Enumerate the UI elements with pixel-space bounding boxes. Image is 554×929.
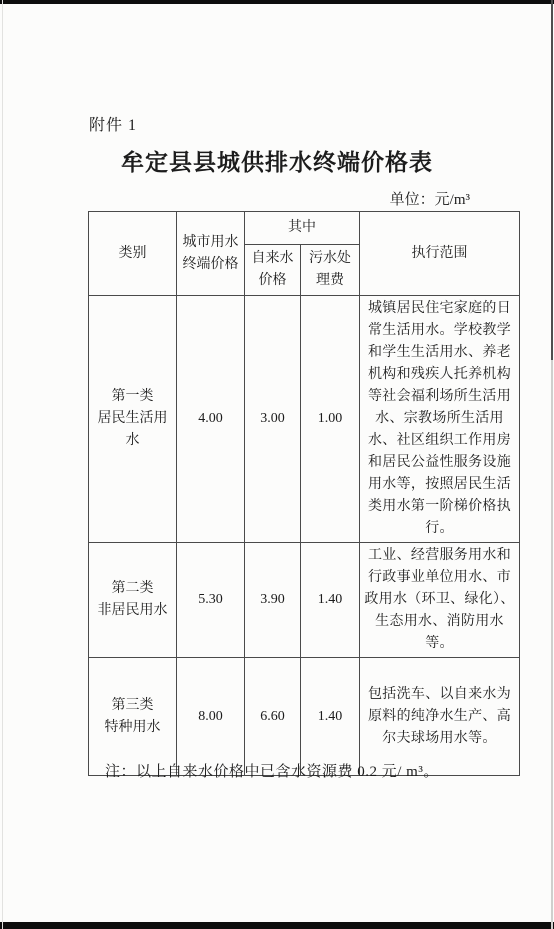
row1-category: 第一类 居民生活用 水	[89, 296, 177, 543]
header-category: 类别	[89, 212, 177, 296]
header-sewage-fee: 污水处 理费	[301, 245, 360, 296]
scan-edge-left	[2, 0, 3, 929]
row3-terminal-price: 8.00	[177, 658, 245, 776]
table-row-category-1: 第一类 居民生活用 水 4.00 3.00 1.00 城镇居民住宅家庭的日常生活…	[89, 296, 520, 543]
header-row-top: 类别 城市用水 终端价格 其中 执行范围	[89, 212, 520, 245]
row2-terminal-price: 5.30	[177, 543, 245, 658]
table-row-category-2: 第二类 非居民用水 5.30 3.90 1.40 工业、经营服务用水和行政事业单…	[89, 543, 520, 658]
row2-category: 第二类 非居民用水	[89, 543, 177, 658]
header-terminal-price: 城市用水 终端价格	[177, 212, 245, 296]
row1-scope: 城镇居民住宅家庭的日常生活用水。学校教学和学生生活用水、养老机构和残疾人托养机构…	[360, 296, 520, 543]
row2-sewage-fee: 1.40	[301, 543, 360, 658]
row3-tap-water-price: 6.60	[245, 658, 301, 776]
row3-category: 第三类 特种用水	[89, 658, 177, 776]
row1-sewage-fee: 1.00	[301, 296, 360, 543]
header-scope: 执行范围	[360, 212, 520, 296]
scanned-document-page: 附件 1 牟定县县城供排水终端价格表 单位：元/m³ 类别 城市用水 终端价格 …	[0, 0, 554, 929]
header-among-which: 其中	[245, 212, 360, 245]
unit-label: 单位：元/m³	[390, 188, 470, 209]
row3-sewage-fee: 1.40	[301, 658, 360, 776]
row1-tap-water-price: 3.00	[245, 296, 301, 543]
table-row-category-3: 第三类 特种用水 8.00 6.60 1.40 包括洗车、以自来水为原料的纯净水…	[89, 658, 520, 776]
attachment-label: 附件 1	[89, 112, 137, 135]
document-title: 牟定县县城供排水终端价格表	[0, 144, 554, 177]
row2-scope: 工业、经营服务用水和行政事业单位用水、市政用水（环卫、绿化）、生态用水、消防用水…	[360, 543, 520, 658]
header-tap-water-price: 自来水 价格	[245, 245, 301, 296]
scan-edge-top	[0, 0, 554, 4]
scan-edge-right-dark	[551, 0, 553, 360]
row1-terminal-price: 4.00	[177, 296, 245, 543]
scan-edge-bottom	[0, 922, 554, 929]
water-price-table: 类别 城市用水 终端价格 其中 执行范围 自来水 价格 污水处 理费 第一类 居…	[88, 211, 520, 776]
row2-tap-water-price: 3.90	[245, 543, 301, 658]
footnote: 注：以上自来水价格中已含水资源费 0.2 元/ m³。	[105, 760, 439, 781]
row3-scope: 包括洗车、以自来水为原料的纯净水生产、高尔夫球场用水等。	[360, 658, 520, 776]
